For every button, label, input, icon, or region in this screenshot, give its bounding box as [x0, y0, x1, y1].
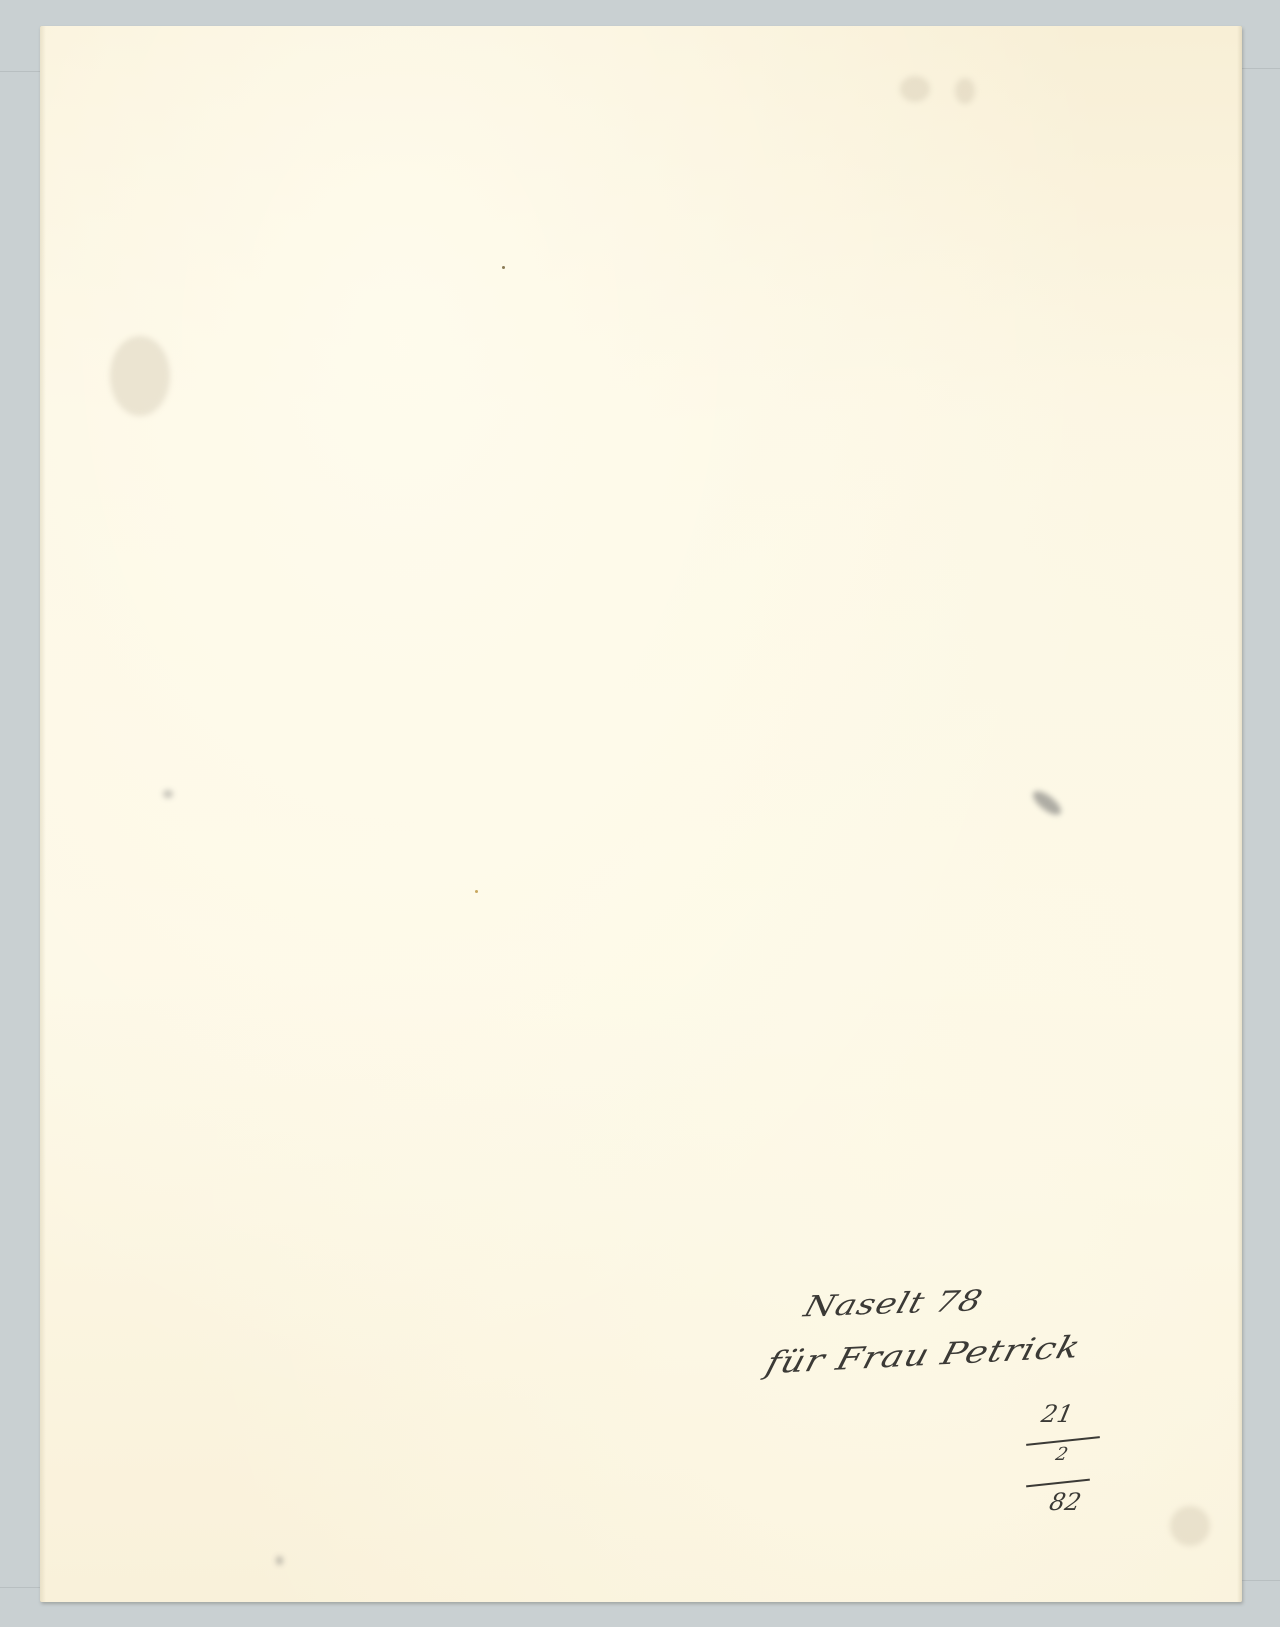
stain-top-1 — [900, 76, 930, 102]
graphite-mark-left — [163, 790, 173, 798]
background-line-right-lower — [1242, 1580, 1280, 1581]
speck-2 — [475, 890, 478, 893]
graphite-mark-bottom — [276, 1556, 283, 1565]
stain-left-edge — [110, 336, 170, 416]
background-line-left-lower — [0, 1587, 40, 1588]
background-line-left — [0, 71, 40, 72]
paper-sheet — [40, 26, 1242, 1602]
stain-bottom-right — [1170, 1506, 1210, 1546]
background-line-right — [1242, 68, 1280, 69]
stain-top-2 — [955, 78, 975, 104]
graphite-smudge-right — [1029, 787, 1064, 819]
speck-1 — [502, 266, 505, 269]
